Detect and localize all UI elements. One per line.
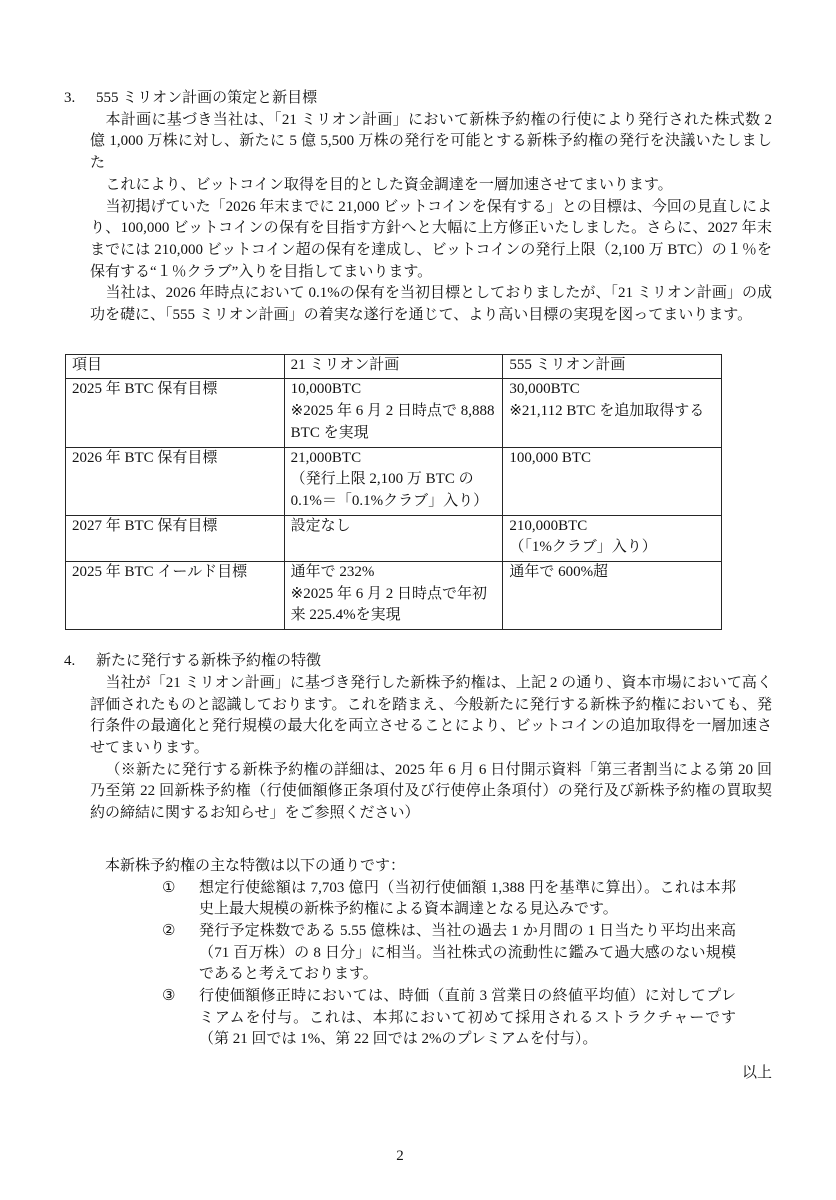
feature-item-1-text: 想定行使総額は 7,703 億円（当初行使価額 1,388 円を基準に算出）。こ… — [199, 878, 736, 921]
row-2026-holding-plan555: 100,000 BTC — [503, 447, 722, 515]
section-3-paragraph-4: 当社は、2026 年時点において 0.1%の保有を当初目標としておりましたが、「… — [90, 283, 772, 326]
feature-item-1: ① 想定行使総額は 7,703 億円（当初行使価額 1,388 円を基準に算出）… — [162, 878, 736, 921]
section-4-remark: （※新たに発行する新株予約権の詳細は、2025 年 6 月 6 日付開示資料「第… — [90, 760, 772, 825]
circled-1-marker: ① — [162, 878, 199, 921]
circled-3-marker: ③ — [162, 986, 199, 1051]
section-4-title: 新たに発行する新株予約権の特徴 — [96, 651, 772, 673]
feature-item-3-text: 行使価額修正時においては、時価（直前 3 営業日の終値平均値）に対してプレミアム… — [199, 986, 736, 1051]
row-2027-holding-item: 2027 年 BTC 保有目標 — [66, 515, 285, 561]
row-2026-holding-plan21: 21,000BTC （発行上限 2,100 万 BTC の 0.1%＝「0.1%… — [284, 447, 503, 515]
feature-item-2: ② 発行予定株数である 5.55 億株は、当社の過去 1 か月間の 1 日当たり… — [162, 921, 736, 986]
row-2025-holding-plan555: 30,000BTC ※21,112 BTC を追加取得する — [503, 379, 722, 447]
feature-item-3: ③ 行使価額修正時においては、時価（直前 3 営業日の終値平均値）に対してプレミ… — [162, 986, 736, 1051]
row-2025-yield-item: 2025 年 BTC イールド目標 — [66, 562, 285, 630]
row-2027-holding-plan555: 210,000BTC （「1%クラブ」入り） — [503, 515, 722, 561]
document-page: 3. 555 ミリオン計画の策定と新目標 本計画に基づき当社は、「21 ミリオン… — [0, 0, 836, 1200]
plans-comparison-table: 項目 21 ミリオン計画 555 ミリオン計画 2025 年 BTC 保有目標 … — [65, 354, 722, 630]
section-3-number: 3. — [64, 88, 96, 110]
table-header-item: 項目 — [66, 354, 285, 379]
table-header-plan21: 21 ミリオン計画 — [284, 354, 503, 379]
section-3-paragraph-2: これにより、ビットコイン取得を目的とした資金調達を一層加速させてまいります。 — [90, 175, 772, 197]
section-3-paragraph-1: 本計画に基づき当社は、「21 ミリオン計画」において新株予約権の行使により発行さ… — [90, 110, 772, 175]
features-block: 本新株予約権の主な特徴は以下の通りです： ① 想定行使総額は 7,703 億円（… — [64, 856, 772, 1051]
feature-item-2-text: 発行予定株数である 5.55 億株は、当社の過去 1 か月間の 1 日当たり平均… — [199, 921, 736, 986]
section-4-paragraph-1: 当社が「21 ミリオン計画」に基づき発行した新株予約権は、上記 2 の通り、資本… — [90, 673, 772, 760]
table-header-row: 項目 21 ミリオン計画 555 ミリオン計画 — [66, 354, 722, 379]
circled-2-marker: ② — [162, 921, 199, 986]
section-3-paragraph-3: 当初掲げていた「2026 年末までに 21,000 ビットコインを保有する」との… — [90, 197, 772, 284]
section-4-number: 4. — [64, 651, 96, 673]
row-2025-yield-plan555: 通年で 600%超 — [503, 562, 722, 630]
row-2025-yield-plan21: 通年で 232% ※2025 年 6 月 2 日時点で年初来 225.4%を実現 — [284, 562, 503, 630]
features-intro: 本新株予約権の主な特徴は以下の通りです： — [105, 856, 772, 878]
table-row: 2026 年 BTC 保有目標 21,000BTC （発行上限 2,100 万 … — [66, 447, 722, 515]
row-2025-holding-plan21: 10,000BTC ※2025 年 6 月 2 日時点で 8,888 BTC を… — [284, 379, 503, 447]
section-4: 4. 新たに発行する新株予約権の特徴 当社が「21 ミリオン計画」に基づき発行し… — [64, 651, 772, 825]
section-3: 3. 555 ミリオン計画の策定と新目標 本計画に基づき当社は、「21 ミリオン… — [64, 88, 772, 327]
table-row: 2025 年 BTC 保有目標 10,000BTC ※2025 年 6 月 2 … — [66, 379, 722, 447]
page-number: 2 — [0, 1146, 800, 1168]
closing-label: 以上 — [64, 1063, 772, 1085]
row-2026-holding-item: 2026 年 BTC 保有目標 — [66, 447, 285, 515]
section-3-heading: 3. 555 ミリオン計画の策定と新目標 — [64, 88, 772, 110]
table-row: 2027 年 BTC 保有目標 設定なし 210,000BTC （「1%クラブ」… — [66, 515, 722, 561]
row-2027-holding-plan21: 設定なし — [284, 515, 503, 561]
section-4-heading: 4. 新たに発行する新株予約権の特徴 — [64, 651, 772, 673]
row-2025-holding-item: 2025 年 BTC 保有目標 — [66, 379, 285, 447]
section-3-title: 555 ミリオン計画の策定と新目標 — [96, 88, 772, 110]
table-header-plan555: 555 ミリオン計画 — [503, 354, 722, 379]
table-row: 2025 年 BTC イールド目標 通年で 232% ※2025 年 6 月 2… — [66, 562, 722, 630]
